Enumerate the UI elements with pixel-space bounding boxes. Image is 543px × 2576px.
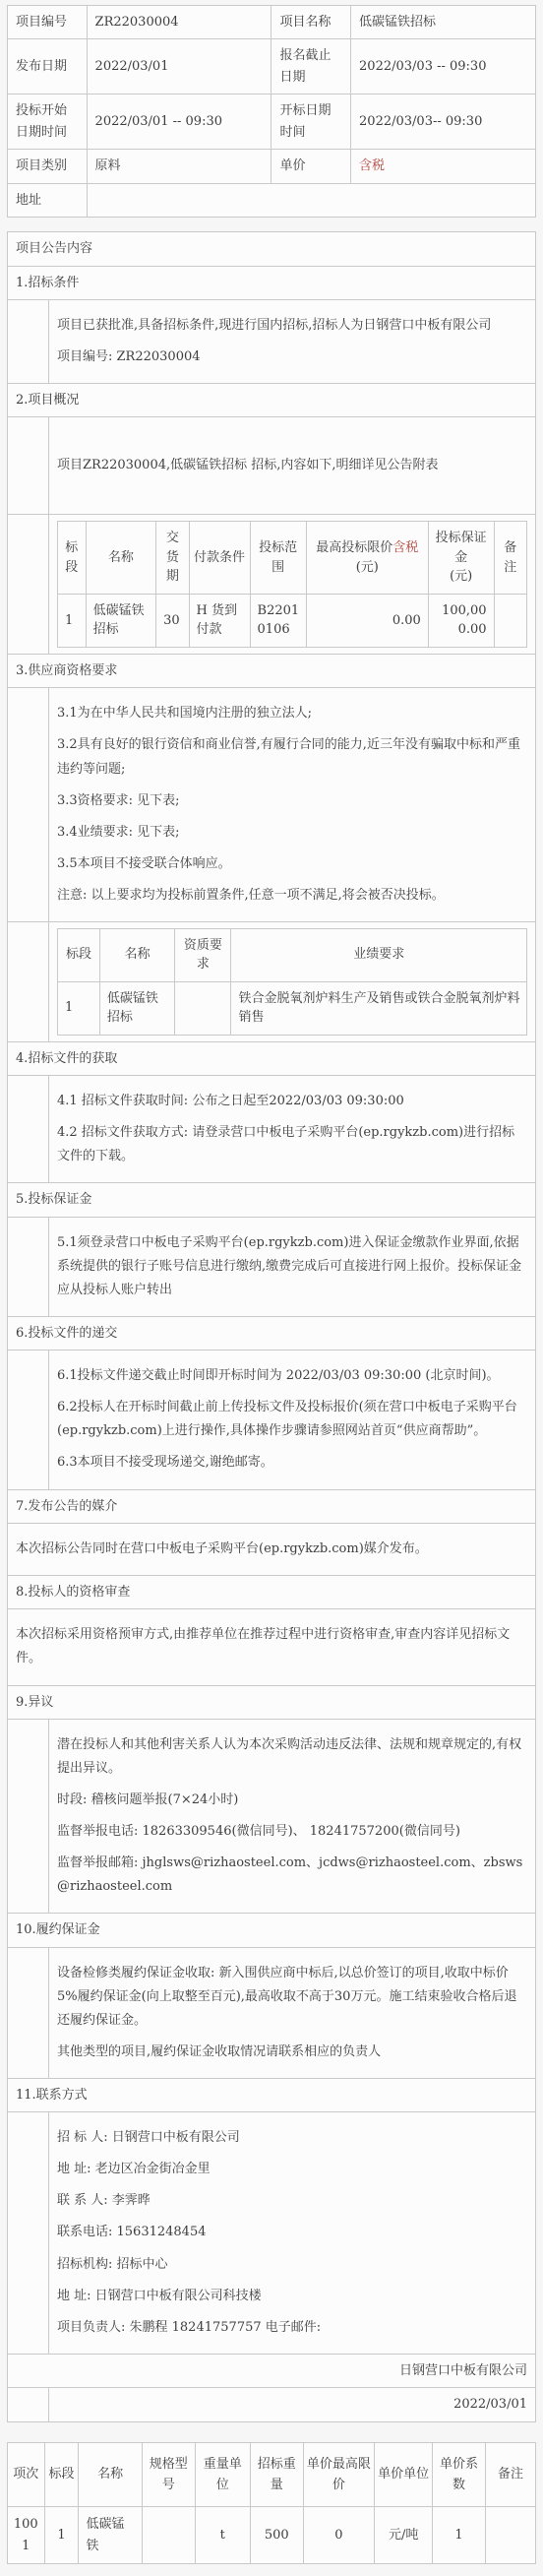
table-header-row: 标段 名称 交货期 付款条件 投标范围 最高投标限价含税(元) 投标保证金(元)…: [58, 522, 527, 595]
indent-cell: [8, 1947, 49, 2078]
text-line: 6.2投标人在开标时间截止前上传投标文件及投标报价(须在营口中板电子采购平台(e…: [57, 1396, 527, 1443]
text-line: 招 标 人: 日钢营口中板有限公司: [57, 2126, 527, 2150]
field-value-tax-included: 含税: [351, 150, 536, 183]
spacer: [7, 2422, 536, 2442]
text-line: 潜在投标人和其他利害关系人认为本次采购活动违反法律、法规和规章规定的,有权提出异…: [57, 1733, 527, 1781]
table-row: 11.联系方式: [8, 2078, 536, 2111]
header-text: 最高投标限价: [316, 540, 392, 555]
table-row: 发布日期 2022/03/01 报名截止日期 2022/03/03 -- 09:…: [8, 39, 536, 94]
text-line: 项目ZR22030004,低碳锰铁招标 招标,内容如下,明细详见公告附表: [57, 454, 527, 477]
section-10-content: 设备检修类履约保证金收取: 新入围供应商中标后,以总价签订的项目,收取中标价5%…: [49, 1947, 536, 2078]
column-header: 规格型号: [142, 2442, 195, 2507]
text-line: 地 址: 老边区冶金街冶金里: [57, 2158, 527, 2181]
table-row: 本次招标采用资格预审方式,由推荐单位在推荐过程中进行资格审查,审查内容详见招标文…: [8, 1609, 536, 1685]
cell-max-price: 0.00: [306, 594, 428, 647]
header-text: (元): [433, 567, 490, 587]
table-row: 5.1须登录营口中板电子采购平台(ep.rgykzb.com)进入保证金缴款作业…: [8, 1217, 536, 1316]
table-row: 招 标 人: 日钢营口中板有限公司 地 址: 老边区冶金街冶金里 联 系 人: …: [8, 2112, 536, 2354]
column-header: 单价单位: [375, 2442, 433, 2507]
field-value: 2022/03/01: [87, 39, 271, 94]
cell-remark: [485, 2507, 535, 2564]
indent-cell: [8, 2112, 49, 2354]
table-row: 1.招标条件: [8, 266, 536, 299]
text-line: 注意: 以上要求均为投标前置条件,任意一项不满足,将会被否决投标。: [57, 884, 527, 908]
tax-included-text: 含税: [392, 540, 418, 555]
column-header: 名称: [86, 522, 156, 595]
section-6-heading: 6.投标文件的递交: [8, 1316, 536, 1350]
cell-lot: 1: [58, 981, 100, 1035]
announcement-title: 项目公告内容: [8, 232, 536, 266]
indent-cell: [8, 299, 49, 383]
indent-cell: [8, 1076, 49, 1183]
table-row: 标段 名称 交货期 付款条件 投标范围 最高投标限价含税(元) 投标保证金(元)…: [8, 515, 536, 655]
table-row: 标段 名称 资质要求 业绩要求 1 低碳锰铁招标 铁合金脱氧剂炉料生产及销售或铁…: [8, 921, 536, 1041]
text-line: 本次招标采用资格预审方式,由推荐单位在推荐过程中进行资格审查,审查内容详见招标文…: [16, 1623, 527, 1670]
text-line: 监督举报邮箱: jhglsws@rizhaosteel.com、jcdws@ri…: [57, 1852, 527, 1899]
text-line: 4.2 招标文件获取方式: 请登录营口中板电子采购平台(ep.rgykzb.co…: [57, 1121, 527, 1168]
text-line: 项目负责人: 朱鹏程 18241757757 电子邮件:: [57, 2316, 527, 2340]
column-header: 单价最高限价: [303, 2442, 374, 2507]
column-header: 名称: [99, 928, 174, 981]
table-row: 8.投标人的资格审查: [8, 1576, 536, 1609]
field-label: 投标开始日期时间: [8, 94, 88, 150]
tax-included-text: 含税: [359, 158, 385, 173]
field-label: 项目编号: [8, 6, 88, 39]
table-row: 3.1为在中华人民共和国境内注册的独立法人; 3.2具有良好的银行资信和商业信誉…: [8, 688, 536, 921]
table-header-row: 标段 名称 资质要求 业绩要求: [58, 928, 527, 981]
section-4-heading: 4.招标文件的获取: [8, 1041, 536, 1075]
field-value: 原料: [87, 150, 271, 183]
indent-cell: [8, 1217, 49, 1316]
cell-max-unit-price: 0: [303, 2507, 374, 2564]
table-row: 项目公告内容: [8, 232, 536, 266]
cell-performance: 铁合金脱氧剂炉料生产及销售或铁合金脱氧剂炉料销售: [231, 981, 527, 1035]
text-line: 3.4业绩要求: 见下表;: [57, 821, 527, 845]
field-label: 报名截止日期: [271, 39, 351, 94]
section-7-content: 本次招标公告同时在营口中板电子采购平台(ep.rgykzb.com)媒介发布。: [8, 1523, 536, 1575]
table-row: 潜在投标人和其他利害关系人认为本次采购活动违反法律、法规和规章规定的,有权提出异…: [8, 1719, 536, 1913]
column-header: 付款条件: [189, 522, 250, 595]
column-header: 标段: [44, 2442, 79, 2507]
cell-price-factor: 1: [433, 2507, 486, 2564]
items-table: 项次 标段 名称 规格型号 重量单位 招标重量 单价最高限价 单价单位 单价系数…: [7, 2442, 536, 2565]
table-row: 设备检修类履约保证金收取: 新入围供应商中标后,以总价签订的项目,收取中标价5%…: [8, 1947, 536, 2078]
text-line: 项目编号: ZR22030004: [57, 346, 527, 369]
section-11-content: 招 标 人: 日钢营口中板有限公司 地 址: 老边区冶金街冶金里 联 系 人: …: [49, 2112, 536, 2354]
table-row: 5.投标保证金: [8, 1183, 536, 1217]
section-5-content: 5.1须登录营口中板电子采购平台(ep.rgykzb.com)进入保证金缴款作业…: [49, 1217, 536, 1316]
section-9-content: 潜在投标人和其他利害关系人认为本次采购活动违反法律、法规和规章规定的,有权提出异…: [49, 1719, 536, 1913]
table-row: 日钢营口中板有限公司: [8, 2354, 536, 2387]
cell-spec: [142, 2507, 195, 2564]
column-header: 项次: [8, 2442, 45, 2507]
field-value: 2022/03/03 -- 09:30: [351, 39, 536, 94]
column-header: 重量单位: [195, 2442, 250, 2507]
indent-cell: [8, 417, 49, 515]
project-info-table: 项目编号 ZR22030004 项目名称 低碳锰铁招标 发布日期 2022/03…: [7, 5, 536, 218]
qualification-table: 标段 名称 资质要求 业绩要求 1 低碳锰铁招标 铁合金脱氧剂炉料生产及销售或铁…: [57, 928, 527, 1036]
column-header: 备注: [485, 2442, 535, 2507]
text-line: 3.2具有良好的银行资信和商业信誉,有履行合同的能力,近三年没有骗取中标和严重违…: [57, 733, 527, 781]
text-line: 联系电话: 15631248454: [57, 2221, 527, 2244]
table-row: 4.招标文件的获取: [8, 1041, 536, 1075]
cell-weight-unit: t: [195, 2507, 250, 2564]
lot-table-cell: 标段 名称 交货期 付款条件 投标范围 最高投标限价含税(元) 投标保证金(元)…: [49, 515, 536, 655]
text-line: 联 系 人: 李霁晔: [57, 2189, 527, 2213]
section-1-content: 项目已获批准,具备招标条件,现进行国内招标,招标人为日钢营口中板有限公司 项目编…: [49, 299, 536, 383]
cell-name: 低碳锰铁招标: [86, 594, 156, 647]
table-row: 6.1投标文件递交截止时间即开标时间为 2022/03/03 09:30:00 …: [8, 1351, 536, 1489]
column-header: 备注: [494, 522, 526, 595]
cell-item-no: 1001: [8, 2507, 45, 2564]
section-6-content: 6.1投标文件递交截止时间即开标时间为 2022/03/03 09:30:00 …: [49, 1351, 536, 1489]
column-header: 标段: [58, 522, 87, 595]
section-3-heading: 3.供应商资格要求: [8, 654, 536, 687]
table-row: 9.异议: [8, 1685, 536, 1719]
table-row: 3.供应商资格要求: [8, 654, 536, 687]
header-text: 投标保证金: [433, 529, 490, 567]
text-line: 其他类型的项目,履约保证金收取情况请联系相应的负责人: [57, 2041, 527, 2064]
header-text: (元): [356, 560, 379, 575]
table-row: 项目ZR22030004,低碳锰铁招标 招标,内容如下,明细详见公告附表: [8, 417, 536, 515]
section-2-content: 项目ZR22030004,低碳锰铁招标 招标,内容如下,明细详见公告附表: [49, 417, 536, 515]
column-header: 名称: [79, 2442, 142, 2507]
section-8-content: 本次招标采用资格预审方式,由推荐单位在推荐过程中进行资格审查,审查内容详见招标文…: [8, 1609, 536, 1685]
cell-unit-price-unit: 元/吨: [375, 2507, 433, 2564]
section-3-content: 3.1为在中华人民共和国境内注册的独立法人; 3.2具有良好的银行资信和商业信誉…: [49, 688, 536, 921]
table-row: 地址: [8, 183, 536, 217]
section-5-heading: 5.投标保证金: [8, 1183, 536, 1217]
cell-deposit: 100,000.00: [428, 594, 494, 647]
indent-cell: [8, 688, 49, 921]
section-8-heading: 8.投标人的资格审查: [8, 1576, 536, 1609]
column-header: 标段: [58, 928, 100, 981]
table-row: 本次招标公告同时在营口中板电子采购平台(ep.rgykzb.com)媒介发布。: [8, 1523, 536, 1575]
text-line: 招标机构: 招标中心: [57, 2253, 527, 2277]
cell-remark: [494, 594, 526, 647]
table-header-row: 项次 标段 名称 规格型号 重量单位 招标重量 单价最高限价 单价单位 单价系数…: [8, 2442, 536, 2507]
table-row: 2.项目概况: [8, 384, 536, 417]
text-line: 本次招标公告同时在营口中板电子采购平台(ep.rgykzb.com)媒介发布。: [16, 1538, 527, 1561]
announcement-table: 项目公告内容 1.招标条件 项目已获批准,具备招标条件,现进行国内招标,招标人为…: [7, 231, 536, 2421]
text-line: 3.1为在中华人民共和国境内注册的独立法人;: [57, 702, 527, 725]
column-header-max-price: 最高投标限价含税(元): [306, 522, 428, 595]
field-label: 开标日期时间: [271, 94, 351, 150]
field-label: 项目名称: [271, 6, 351, 39]
table-row: 2022/03/01: [8, 2388, 536, 2421]
text-line: 时段: 稽核问题举报(7×24小时): [57, 1789, 527, 1812]
text-line: 监督举报电话: 18263309546(微信同号)、 18241757200(微…: [57, 1820, 527, 1844]
cell-scope: B22010106: [250, 594, 306, 647]
field-label: 单价: [271, 150, 351, 183]
field-value: 2022/03/01 -- 09:30: [87, 94, 271, 150]
table-row: 项目类别 原料 单价 含税: [8, 150, 536, 183]
indent-cell: [8, 515, 49, 655]
field-value: [87, 183, 535, 217]
bid-announcement-page: 项目编号 ZR22030004 项目名称 低碳锰铁招标 发布日期 2022/03…: [0, 0, 543, 2576]
field-label: 发布日期: [8, 39, 88, 94]
section-9-heading: 9.异议: [8, 1685, 536, 1719]
column-header: 交货期: [156, 522, 189, 595]
text-line: 6.3本项目不接受现场递交,谢绝邮寄。: [57, 1451, 527, 1475]
section-10-heading: 10.履约保证金: [8, 1914, 536, 1947]
cell-bid-weight: 500: [250, 2507, 303, 2564]
section-11-heading: 11.联系方式: [8, 2078, 536, 2111]
table-row: 1001 1 低碳锰铁 t 500 0 元/吨 1: [8, 2507, 536, 2564]
column-header: 单价系数: [433, 2442, 486, 2507]
cell-qualification: [175, 981, 231, 1035]
column-header: 业绩要求: [231, 928, 527, 981]
text-line: 3.3资格要求: 见下表;: [57, 789, 527, 813]
text-line: 5.1须登录营口中板电子采购平台(ep.rgykzb.com)进入保证金缴款作业…: [57, 1231, 527, 1302]
spacer: [7, 218, 536, 231]
cell-payment: H 货到付款: [189, 594, 250, 647]
field-label: 项目类别: [8, 150, 88, 183]
text-line: 地 址: 日钢营口中板有限公司科技楼: [57, 2285, 527, 2308]
table-row: 项目已获批准,具备招标条件,现进行国内招标,招标人为日钢营口中板有限公司 项目编…: [8, 299, 536, 383]
section-2-heading: 2.项目概况: [8, 384, 536, 417]
table-row: 项目编号 ZR22030004 项目名称 低碳锰铁招标: [8, 6, 536, 39]
table-row: 4.1 招标文件获取时间: 公布之日起至2022/03/03 09:30:00 …: [8, 1076, 536, 1183]
text-line: 3.5本项目不接受联合体响应。: [57, 852, 527, 876]
table-row: 10.履约保证金: [8, 1914, 536, 1947]
text-line: 6.1投标文件递交截止时间即开标时间为 2022/03/03 09:30:00 …: [57, 1364, 527, 1388]
cell-name: 低碳锰铁: [79, 2507, 142, 2564]
column-header: 招标重量: [250, 2442, 303, 2507]
field-value: 2022/03/03-- 09:30: [351, 94, 536, 150]
cell-delivery: 30: [156, 594, 189, 647]
indent-cell: [8, 1351, 49, 1489]
field-value: ZR22030004: [87, 6, 271, 39]
table-row: 1 低碳锰铁招标 30 H 货到付款 B22010106 0.00 100,00…: [58, 594, 527, 647]
text-line: 项目已获批准,具备招标条件,现进行国内招标,招标人为日钢营口中板有限公司: [57, 314, 527, 338]
section-1-heading: 1.招标条件: [8, 266, 536, 299]
section-7-heading: 7.发布公告的媒介: [8, 1489, 536, 1523]
column-header: 资质要求: [175, 928, 231, 981]
column-header-deposit: 投标保证金(元): [428, 522, 494, 595]
table-row: 6.投标文件的递交: [8, 1316, 536, 1350]
cell-name: 低碳锰铁招标: [99, 981, 174, 1035]
lot-table: 标段 名称 交货期 付款条件 投标范围 最高投标限价含税(元) 投标保证金(元)…: [57, 521, 527, 648]
indent-cell: [8, 2388, 49, 2421]
signature-company: 日钢营口中板有限公司: [8, 2354, 536, 2387]
section-4-content: 4.1 招标文件获取时间: 公布之日起至2022/03/03 09:30:00 …: [49, 1076, 536, 1183]
table-row: 7.发布公告的媒介: [8, 1489, 536, 1523]
signature-date: 2022/03/01: [49, 2388, 536, 2421]
indent-cell: [8, 921, 49, 1041]
text-line: 4.1 招标文件获取时间: 公布之日起至2022/03/03 09:30:00: [57, 1090, 527, 1113]
table-row: 投标开始日期时间 2022/03/01 -- 09:30 开标日期时间 2022…: [8, 94, 536, 150]
cell-lot: 1: [44, 2507, 79, 2564]
cell-lot: 1: [58, 594, 87, 647]
text-line: 设备检修类履约保证金收取: 新入围供应商中标后,以总价签订的项目,收取中标价5%…: [57, 1962, 527, 2033]
indent-cell: [8, 1719, 49, 1913]
table-row: 1 低碳锰铁招标 铁合金脱氧剂炉料生产及销售或铁合金脱氧剂炉料销售: [58, 981, 527, 1035]
field-value: 低碳锰铁招标: [351, 6, 536, 39]
column-header: 投标范围: [250, 522, 306, 595]
qualification-table-cell: 标段 名称 资质要求 业绩要求 1 低碳锰铁招标 铁合金脱氧剂炉料生产及销售或铁…: [49, 921, 536, 1041]
field-label: 地址: [8, 183, 88, 217]
